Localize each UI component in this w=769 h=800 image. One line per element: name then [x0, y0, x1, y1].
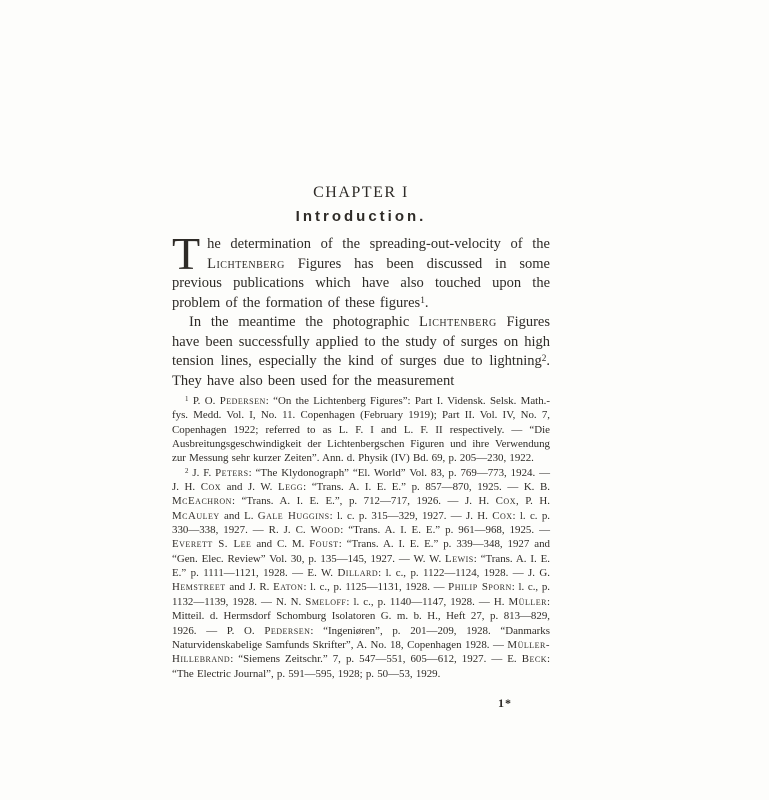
text-run: , P. H. — [516, 495, 550, 507]
text-run: : l. c. p. 315—329, 1927. — J. H. — [330, 510, 493, 522]
text-run: Müller — [508, 596, 546, 608]
text-run: : “Trans. A. I. E. E.” p. 961—968, 1925.… — [340, 524, 550, 536]
text-run: Cox — [496, 495, 516, 507]
text-run: and J. R. — [226, 581, 273, 593]
text-run: Beck — [522, 653, 547, 665]
book-page: CHAPTER I Introduction. The determinatio… — [0, 0, 769, 800]
text-run: Pedersen — [264, 625, 310, 637]
text-run: Lewis — [445, 553, 474, 565]
drop-cap: T — [172, 235, 207, 273]
text-run: : l. c., p. 1140—1147, 1928. — H. — [346, 596, 508, 608]
text-run: Cox — [492, 510, 512, 522]
section-heading: Introduction. — [172, 207, 550, 226]
text-run: he determination of the spreading-out-ve… — [207, 236, 550, 252]
footnote-2: 2 J. F. Peters: “The Klydonograph” “El. … — [172, 466, 550, 681]
text-run: : l. c., p. 1125—1131, 1928. — — [303, 581, 448, 593]
text-run: : “Trans. A. I. E. E.”, p. 712—717, 1926… — [232, 495, 496, 507]
text-run: Cox — [201, 481, 221, 493]
text-run: Peters — [215, 467, 249, 479]
text-run: Lichtenberg — [207, 256, 285, 272]
text-run: Everett S. Lee — [172, 538, 251, 550]
chapter-heading: CHAPTER I — [172, 183, 550, 202]
text-run: Dillard — [337, 567, 378, 579]
text-run: : “Siemens Zeitschr.” 7, p. 547—551, 605… — [230, 653, 522, 665]
text-run: and J. W. — [221, 481, 278, 493]
text-run: Smeloff — [305, 596, 346, 608]
body-copy: The determination of the spreading-out-v… — [172, 235, 550, 391]
text-run: In the meantime the photographic — [189, 314, 419, 330]
text-block: CHAPTER I Introduction. The determinatio… — [172, 183, 550, 681]
text-run: Foust — [309, 538, 338, 550]
paragraph-1: The determination of the spreading-out-v… — [172, 235, 550, 313]
signature-mark: 1* — [498, 696, 512, 711]
text-run: . — [425, 295, 429, 311]
text-run: McEachron — [172, 495, 232, 507]
text-run: and C. M. — [251, 538, 309, 550]
text-run: Pedersen — [220, 395, 266, 407]
text-run: Philip Sporn — [448, 581, 512, 593]
footnote-1: 1 P. O. Pedersen: “On the Lichtenberg Fi… — [172, 394, 550, 466]
text-run: : l. c., p. 1122—1124, 1928. — J. G. — [378, 567, 550, 579]
text-run: Gale Huggins — [258, 510, 330, 522]
text-run: McAuley — [172, 510, 220, 522]
text-run: P. O. — [188, 395, 219, 407]
text-run: Hemstreet — [172, 581, 226, 593]
text-run: J. F. — [188, 467, 215, 479]
paragraph-2: In the meantime the photographic Lichten… — [172, 313, 550, 391]
text-run: Legg — [278, 481, 303, 493]
text-run: Lichtenberg — [419, 314, 497, 330]
text-run: and L. — [220, 510, 258, 522]
footnotes: 1 P. O. Pedersen: “On the Lichtenberg Fi… — [172, 394, 550, 681]
text-run: Eaton — [273, 581, 303, 593]
text-run: : “Trans. A. I. E. E.” p. 857—870, 1925.… — [303, 481, 550, 493]
text-run: Wood — [311, 524, 341, 536]
